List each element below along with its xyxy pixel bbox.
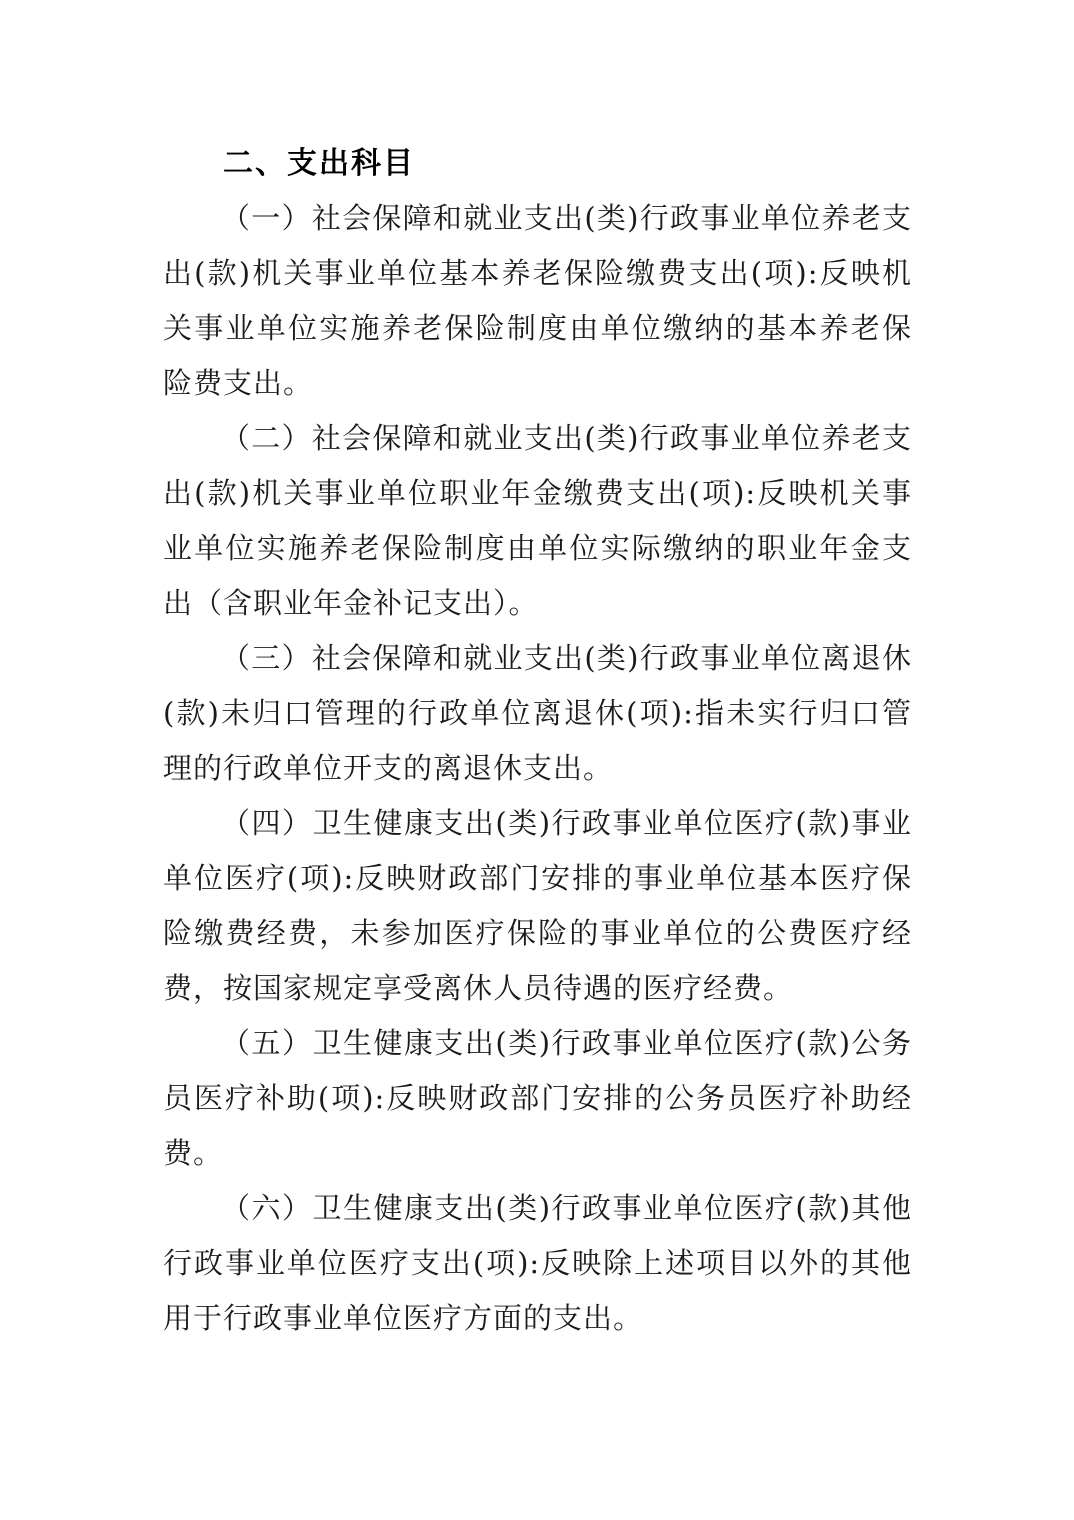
- section-heading: 二、支出科目: [223, 136, 912, 191]
- paragraph-expenditure-item-1: （一）社会保障和就业支出(类)行政事业单位养老支出(款)机关事业单位基本养老保险…: [163, 191, 912, 411]
- paragraph-expenditure-item-4: （四）卫生健康支出(类)行政事业单位医疗(款)事业单位医疗(项):反映财政部门安…: [163, 796, 912, 1016]
- paragraph-expenditure-item-6: （六）卫生健康支出(类)行政事业单位医疗(款)其他行政事业单位医疗支出(项):反…: [163, 1181, 912, 1346]
- paragraph-expenditure-item-2: （二）社会保障和就业支出(类)行政事业单位养老支出(款)机关事业单位职业年金缴费…: [163, 411, 912, 631]
- document-page: 二、支出科目 （一）社会保障和就业支出(类)行政事业单位养老支出(款)机关事业单…: [0, 0, 1074, 1520]
- paragraph-expenditure-item-5: （五）卫生健康支出(类)行政事业单位医疗(款)公务员医疗补助(项):反映财政部门…: [163, 1016, 912, 1181]
- paragraph-expenditure-item-3: （三）社会保障和就业支出(类)行政事业单位离退休(款)未归口管理的行政单位离退休…: [163, 631, 912, 796]
